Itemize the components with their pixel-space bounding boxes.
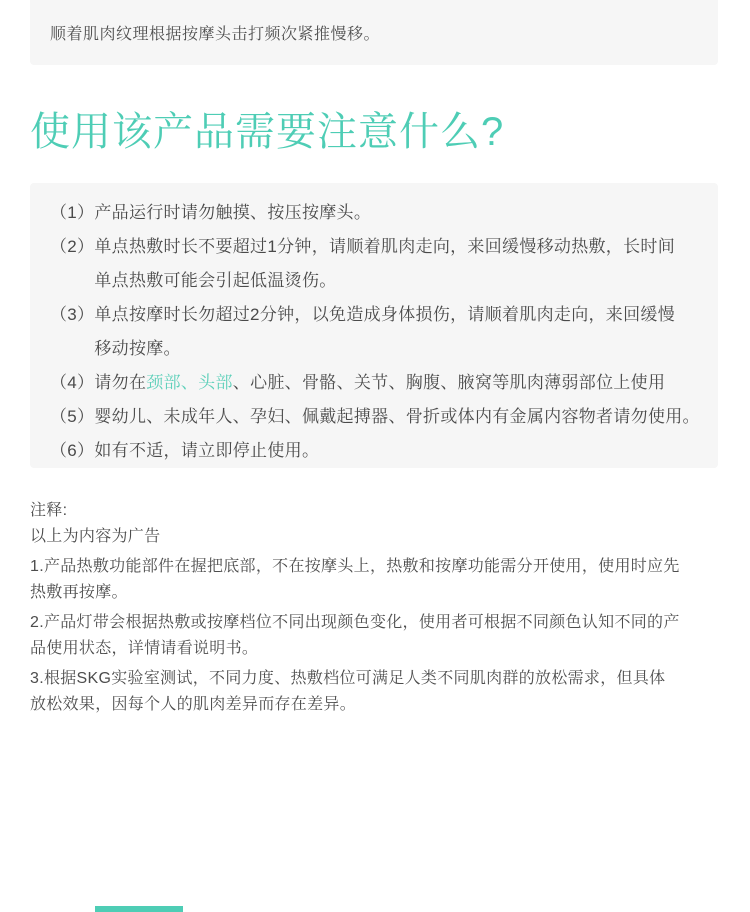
note-line: 品使用状态，详情请看说明书。 <box>30 636 722 662</box>
intro-text: 顺着肌肉纹理根据按摩头击打频次紧推慢移。 <box>50 21 380 44</box>
item-text: 婴幼儿、未成年人、孕妇、佩戴起搏器、骨折或体内有金属内容物者请勿使用。 <box>94 400 700 434</box>
item-number: （2） <box>50 230 94 298</box>
precaution-item: （2） 单点热敷时长不要超过1分钟，请顺着肌肉走向，来回缓慢移动热敷，长时间单点… <box>50 230 700 298</box>
item-number: （4） <box>50 366 94 400</box>
item-text-line2: 移动按摩。 <box>94 339 181 358</box>
item-number: （5） <box>50 400 94 434</box>
precaution-item: （3） 单点按摩时长勿超过2分钟，以免造成身体损伤，请顺着肌肉走向，来回缓慢移动… <box>50 298 700 366</box>
item-text: 请勿在颈部、头部、心脏、骨骼、关节、胸腹、腋窝等肌肉薄弱部位上使用 <box>94 366 700 400</box>
note-line: 1.产品热敷功能部件在握把底部，不在按摩头上，热敷和按摩功能需分开使用，使用时应… <box>30 554 722 580</box>
next-section-cutoff-bar <box>95 906 183 912</box>
item-text: 单点按摩时长勿超过2分钟，以免造成身体损伤，请顺着肌肉走向，来回缓慢移动按摩。 <box>94 298 700 366</box>
highlighted-body-parts: 颈部、头部 <box>146 373 233 392</box>
product-description-page: 顺着肌肉纹理根据按摩头击打频次紧推慢移。 使用该产品需要注意什么? （1） 产品… <box>0 0 750 912</box>
precautions-panel: （1） 产品运行时请勿触摸、按压按摩头。 （2） 单点热敷时长不要超过1分钟，请… <box>30 183 718 468</box>
item-text-line1: 单点热敷时长不要超过1分钟，请顺着肌肉走向，来回缓慢移动热敷，长时间 <box>94 237 675 256</box>
precaution-item: （4） 请勿在颈部、头部、心脏、骨骼、关节、胸腹、腋窝等肌肉薄弱部位上使用 <box>50 366 700 400</box>
item-number: （6） <box>50 434 94 468</box>
item-text: 产品运行时请勿触摸、按压按摩头。 <box>94 196 700 230</box>
precaution-item: （1） 产品运行时请勿触摸、按压按摩头。 <box>50 196 700 230</box>
item-text-line1: 单点按摩时长勿超过2分钟，以免造成身体损伤，请顺着肌肉走向，来回缓慢 <box>94 305 675 324</box>
note-line: 放松效果，因每个人的肌肉差异而存在差异。 <box>30 692 722 718</box>
notes-section: 注释: 以上为内容为广告 1.产品热敷功能部件在握把底部，不在按摩头上，热敷和按… <box>30 498 722 718</box>
item-text: 单点热敷时长不要超过1分钟，请顺着肌肉走向，来回缓慢移动热敷，长时间单点热敷可能… <box>94 230 700 298</box>
note-line: 2.产品灯带会根据热敷或按摩档位不同出现颜色变化，使用者可根据不同颜色认知不同的… <box>30 610 722 636</box>
item-text: 如有不适，请立即停止使用。 <box>94 434 700 468</box>
precaution-item: （5） 婴幼儿、未成年人、孕妇、佩戴起搏器、骨折或体内有金属内容物者请勿使用。 <box>50 400 700 434</box>
item-number: （3） <box>50 298 94 366</box>
note-line: 热敷再按摩。 <box>30 580 722 606</box>
item-text-pre: 请勿在 <box>94 373 146 392</box>
section-title: 使用该产品需要注意什么? <box>30 108 504 156</box>
precaution-item: （6） 如有不适，请立即停止使用。 <box>50 434 700 468</box>
item-text-post: 、心脏、骨骼、关节、胸腹、腋窝等肌肉薄弱部位上使用 <box>233 373 666 392</box>
note-line: 3.根据SKG实验室测试，不同力度、热敷档位可满足人类不同肌肉群的放松需求，但具… <box>30 666 722 692</box>
intro-panel: 顺着肌肉纹理根据按摩头击打频次紧推慢移。 <box>30 0 718 65</box>
item-number: （1） <box>50 196 94 230</box>
notes-label: 注释: <box>30 498 722 524</box>
item-text-line2: 单点热敷可能会引起低温烫伤。 <box>94 271 336 290</box>
notes-disclaimer: 以上为内容为广告 <box>30 524 722 550</box>
